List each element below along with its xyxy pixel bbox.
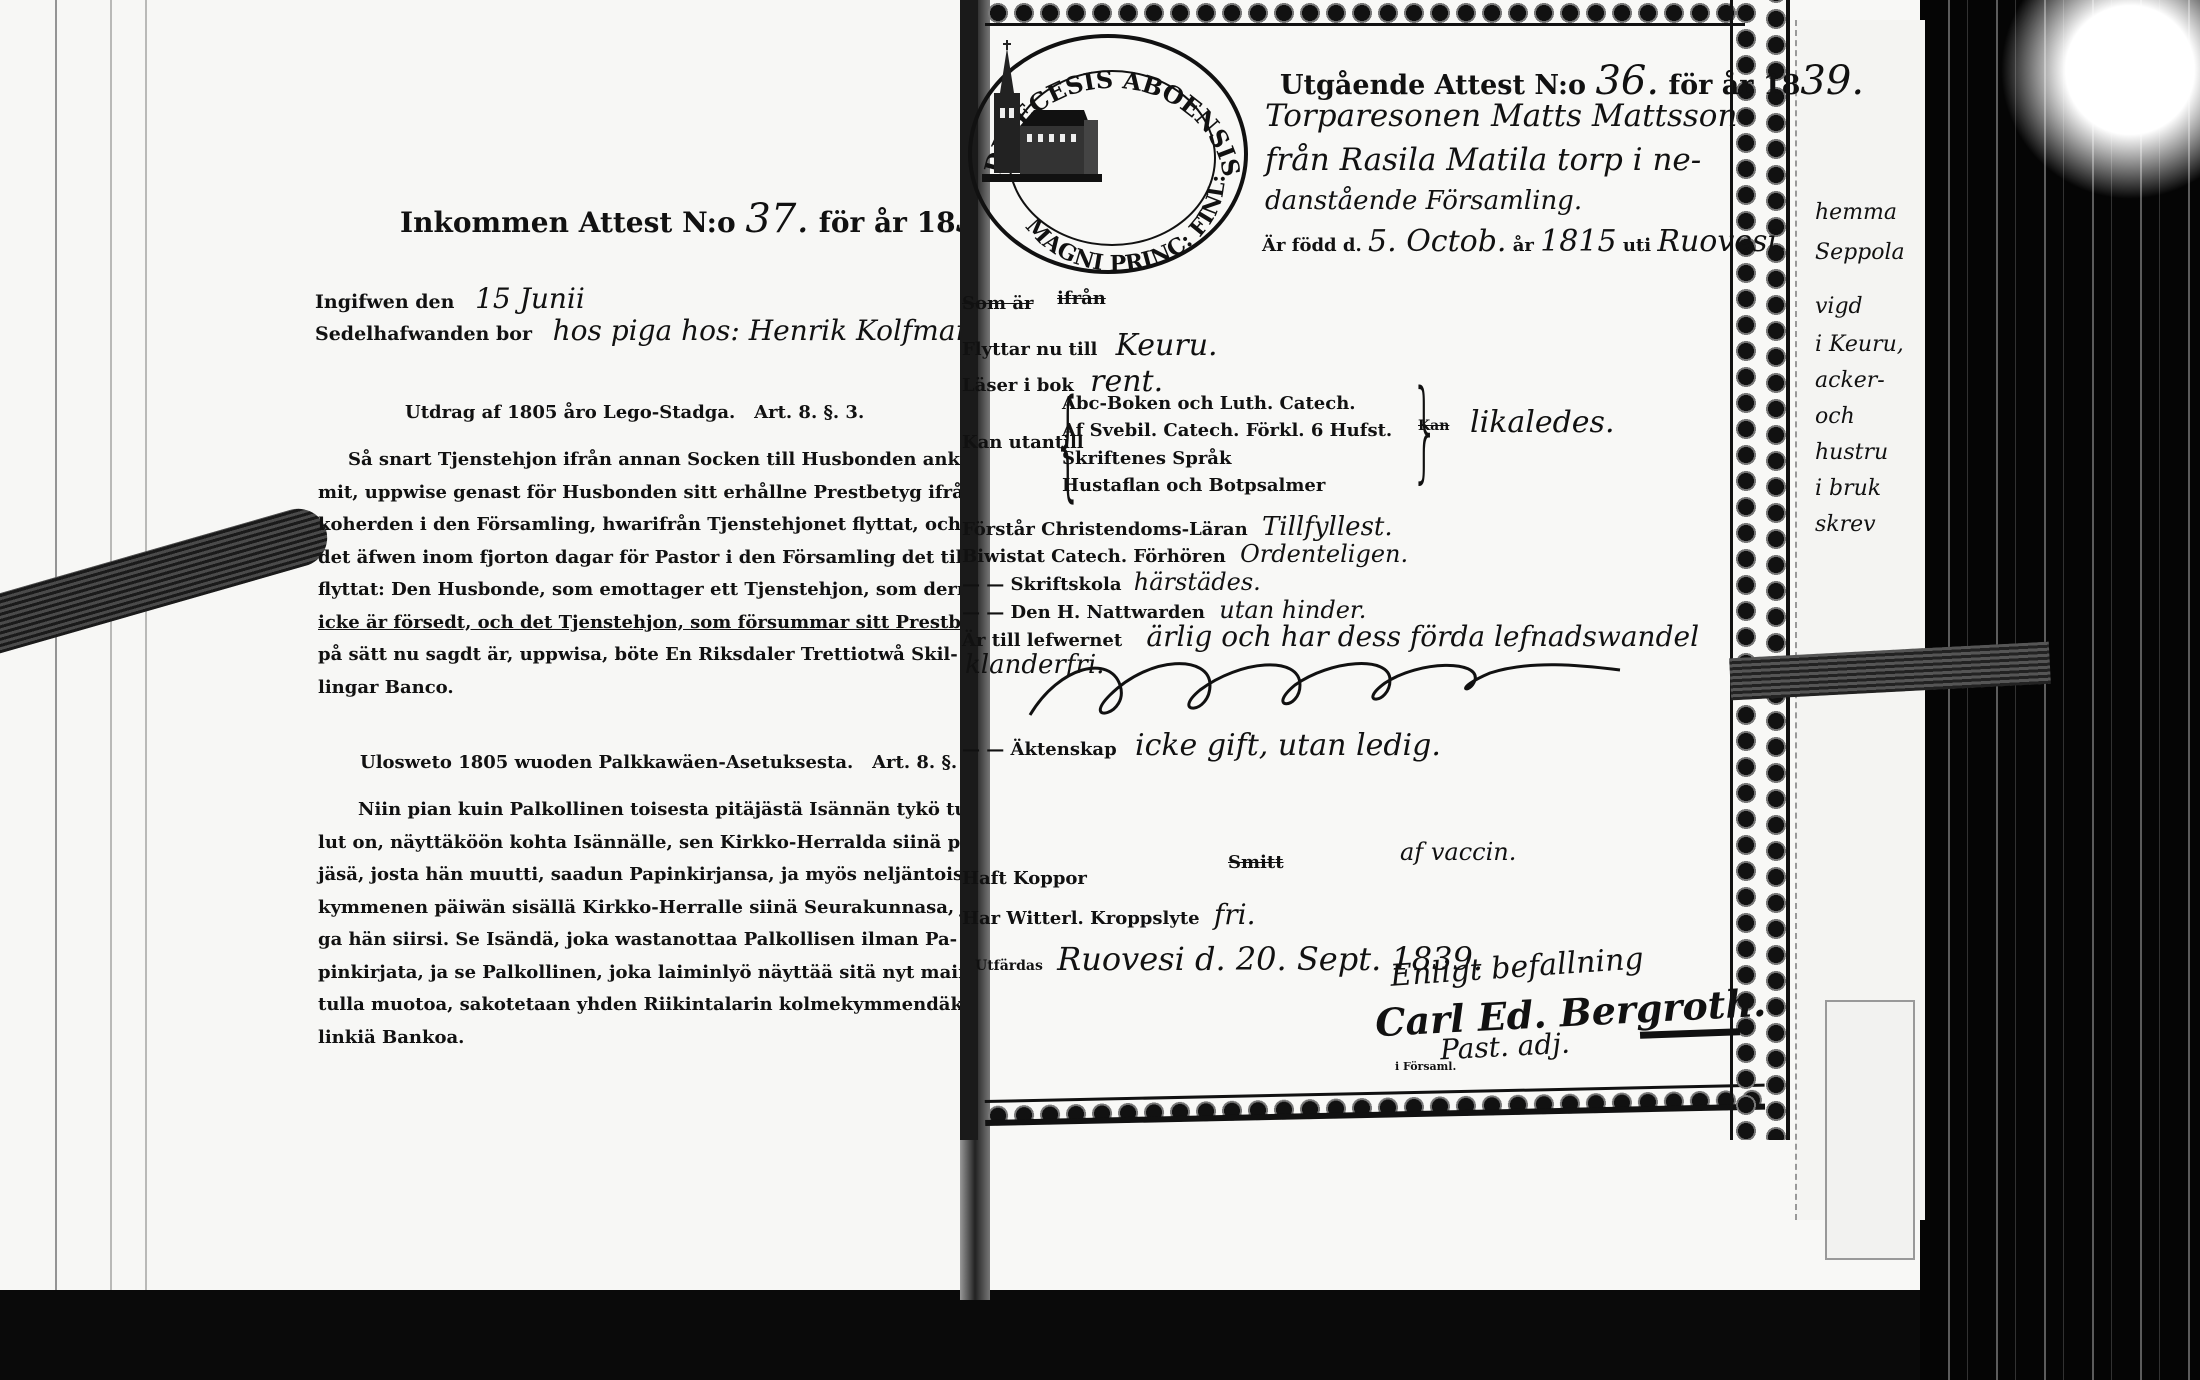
margin-note: i bruk <box>1815 476 1881 501</box>
finnish-section-heading: Ulosweto 1805 wuoden Palkkawäen-Asetukse… <box>360 752 982 773</box>
incoming-certificate-title: Inkommen Attest N:o 37. för år 1839 <box>400 196 1007 242</box>
signature-printed-caption: i Församl. <box>1395 1060 1456 1073</box>
margin-note: hustru <box>1815 440 1888 465</box>
ornamental-border-bottom <box>985 1084 1765 1126</box>
paragraph-line: kymmenen päiwän sisällä Kirkko-Herralle … <box>318 892 948 925</box>
article-reference: Art. 8. §. 3. <box>754 402 864 423</box>
field-label: Biwistat Catech. Förhören <box>962 546 1226 567</box>
field-label: — — Skriftskola <box>962 574 1122 595</box>
knowledge-item: Af Svebil. Catech. Förkl. 6 Hufst. <box>1062 420 1392 441</box>
ornamental-border-right <box>1730 0 1790 1140</box>
field-label: Utfärdas <box>975 958 1043 974</box>
paragraph-line: Så snart Tjenstehjon ifrån annan Socken … <box>318 444 948 477</box>
field-conduct: Är till lefwernet ärlig och har dess för… <box>962 620 1699 653</box>
struck-label: Kan <box>1418 418 1449 434</box>
field-value: ärlig och har dess förda lefnadswandel <box>1146 620 1699 653</box>
birth-label: Är född d. <box>1262 235 1362 256</box>
section-heading-text: Ulosweto 1805 wuoden Palkkawäen-Asetukse… <box>360 752 853 773</box>
field-marriage: — — Äktenskap icke gift, utan ledig. <box>962 728 1441 763</box>
field-attended-exams: Biwistat Catech. Förhören Ordenteligen. <box>962 540 1408 568</box>
light-glare <box>2000 0 2200 200</box>
field-label: Förstår Christendoms-Läran <box>962 519 1248 540</box>
margin-note: Seppola <box>1815 240 1905 265</box>
title-year-label: för år 18 <box>819 206 956 239</box>
paragraph-line: mit, uppwise genast för Husbonden sitt e… <box>318 477 948 510</box>
smallpox-label: Haft Koppor <box>962 868 1087 889</box>
field-value: Keuru. <box>1116 328 1218 363</box>
page-edge-line <box>110 0 112 1290</box>
field-label: Sedelhafwanden bor <box>315 323 532 345</box>
loose-sheet-corner <box>1825 1000 1915 1260</box>
title-prefix: Utgående Attest N:o <box>1280 70 1586 101</box>
paragraph-line: det äfwen inom fjorton dagar för Pastor … <box>318 542 948 575</box>
seal-legend-bottom: MAGNI PRINC: FINL: <box>1020 175 1231 278</box>
field-bodily-defect: Har Witterl. Kroppslyte fri. <box>962 898 1256 931</box>
section-heading-text: Utdrag af 1805 åro Lego-Stadga. <box>405 402 735 423</box>
field-understands: Förstår Christendoms-Läran Tillfyllest. <box>962 512 1393 542</box>
cathedral-icon <box>972 38 1102 188</box>
field-label: Ingifwen den <box>315 291 454 313</box>
bottom-shadow <box>0 1290 1920 1380</box>
birth-place-label: uti <box>1623 235 1651 256</box>
field-value: hos piga hos: Henrik Kolfman <box>553 314 974 347</box>
paragraph-line: på sätt nu sagdt är, uppwisa, böte En Ri… <box>318 639 948 672</box>
paragraph-line: flyttat: Den Husbonde, som emottager ett… <box>318 574 948 607</box>
page-edge-line <box>145 0 147 1290</box>
field-value: fri. <box>1214 898 1256 931</box>
margin-note: i Keuru, <box>1815 332 1904 357</box>
paragraph-line: Niin pian kuin Palkollinen toisesta pitä… <box>318 794 948 827</box>
struck-label: Smitt <box>1228 852 1284 873</box>
paragraph-line: koherden i den Församling, hwarifrån Tje… <box>318 509 948 542</box>
field-value: af vaccin. <box>1400 838 1516 866</box>
birth-line: Är född d. 5. Octob. år 1815 uti Ruovesi… <box>1262 224 1787 259</box>
field-label: Har Witterl. Kroppslyte <box>962 908 1200 929</box>
field-confirmation-school: — — Skriftskola härstädes. <box>962 568 1261 596</box>
paragraph-line: lingar Banco. <box>318 672 948 705</box>
svg-text:MAGNI PRINC: FINL:: MAGNI PRINC: FINL: <box>1020 175 1231 278</box>
knowledge-item: Abc-Boken och Luth. Catech. <box>1062 393 1356 414</box>
ornamental-border-top <box>985 0 1745 26</box>
book-edge-streaks <box>1920 0 2200 1380</box>
knowledge-item: Skriftenes Språk <box>1062 448 1231 469</box>
diocese-seal: DIOECESIS ABOENSIS MAGNI PRINC: FINL: <box>968 34 1248 274</box>
paragraph-line: jäsä, josta hän muutti, saadun Papinkirj… <box>318 859 948 892</box>
issue-place-date: Ruovesi d. 20. Sept. 18 <box>1057 940 1432 978</box>
birth-year: 1815 <box>1540 224 1616 259</box>
margin-note: vigd <box>1815 294 1863 319</box>
field-submitted-date: Ingifwen den 15 Junii <box>315 282 585 315</box>
margin-note: skrev <box>1815 512 1876 537</box>
flourish-line <box>1020 655 1630 725</box>
birth-date: 5. Octob. <box>1368 224 1506 259</box>
swedish-section-heading: Utdrag af 1805 åro Lego-Stadga. Art. 8. … <box>405 402 864 423</box>
person-parish-line: danstående Församling. <box>1265 186 1582 216</box>
person-origin-line: från Rasila Matila torp i ne- <box>1265 142 1701 178</box>
field-label: — — Äktenskap <box>962 739 1117 760</box>
field-label: Flyttar nu till <box>962 339 1097 360</box>
swedish-law-paragraph: Så snart Tjenstehjon ifrån annan Socken … <box>318 444 948 704</box>
knowledge-summary: likaledes. <box>1470 405 1615 440</box>
paragraph-line: tulla muotoa, sakotetaan yhden Riikintal… <box>318 989 948 1022</box>
birth-year-label: år <box>1513 235 1534 256</box>
page-edge-line <box>55 0 57 1290</box>
margin-note: hemma <box>1815 200 1897 225</box>
birth-place: Ruovesi. <box>1657 224 1786 259</box>
field-value: Ordenteligen. <box>1240 540 1408 568</box>
struck-label: Som är <box>962 293 1033 314</box>
margin-note: och <box>1815 404 1855 429</box>
person-name-line: Torparesonen Matts Mattsson <box>1265 98 1737 134</box>
paragraph-line-underlined: icke är försedt, och det Tjenstehjon, so… <box>318 607 948 640</box>
certificate-year: 39. <box>1800 58 1864 104</box>
signature-title: Past. adj. <box>1439 1027 1570 1067</box>
field-value: härstädes. <box>1134 568 1261 596</box>
struck-label: ifrån <box>1057 288 1106 309</box>
paragraph-line: pinkirjata, ja se Palkollinen, joka laim… <box>318 957 948 990</box>
title-year-label: för år 18 <box>1668 70 1800 101</box>
knowledge-item: Hustaflan och Botpsalmer <box>1062 475 1325 496</box>
field-holder-residence: Sedelhafwanden bor hos piga hos: Henrik … <box>315 314 974 347</box>
field-moves-to: Flyttar nu till Keuru. <box>962 328 1218 363</box>
field-value: 15 Junii <box>475 282 585 315</box>
margin-note: acker- <box>1815 368 1885 393</box>
finnish-law-paragraph: Niin pian kuin Palkollinen toisesta pitä… <box>318 794 948 1054</box>
field-value: Tillfyllest. <box>1262 512 1393 542</box>
field-label: Är till lefwernet <box>962 630 1122 651</box>
title-prefix: Inkommen Attest N:o <box>400 206 736 239</box>
field-value: icke gift, utan ledig. <box>1135 728 1441 763</box>
paragraph-line: linkiä Bankoa. <box>318 1022 948 1055</box>
paragraph-line: ga hän siirsi. Se Isändä, joka wastanott… <box>318 924 948 957</box>
paragraph-line: lut on, näyttäköön kohta Isännälle, sen … <box>318 827 948 860</box>
smallpox-value: af vaccin. <box>1400 838 1516 866</box>
certificate-number: 37. <box>745 196 809 242</box>
